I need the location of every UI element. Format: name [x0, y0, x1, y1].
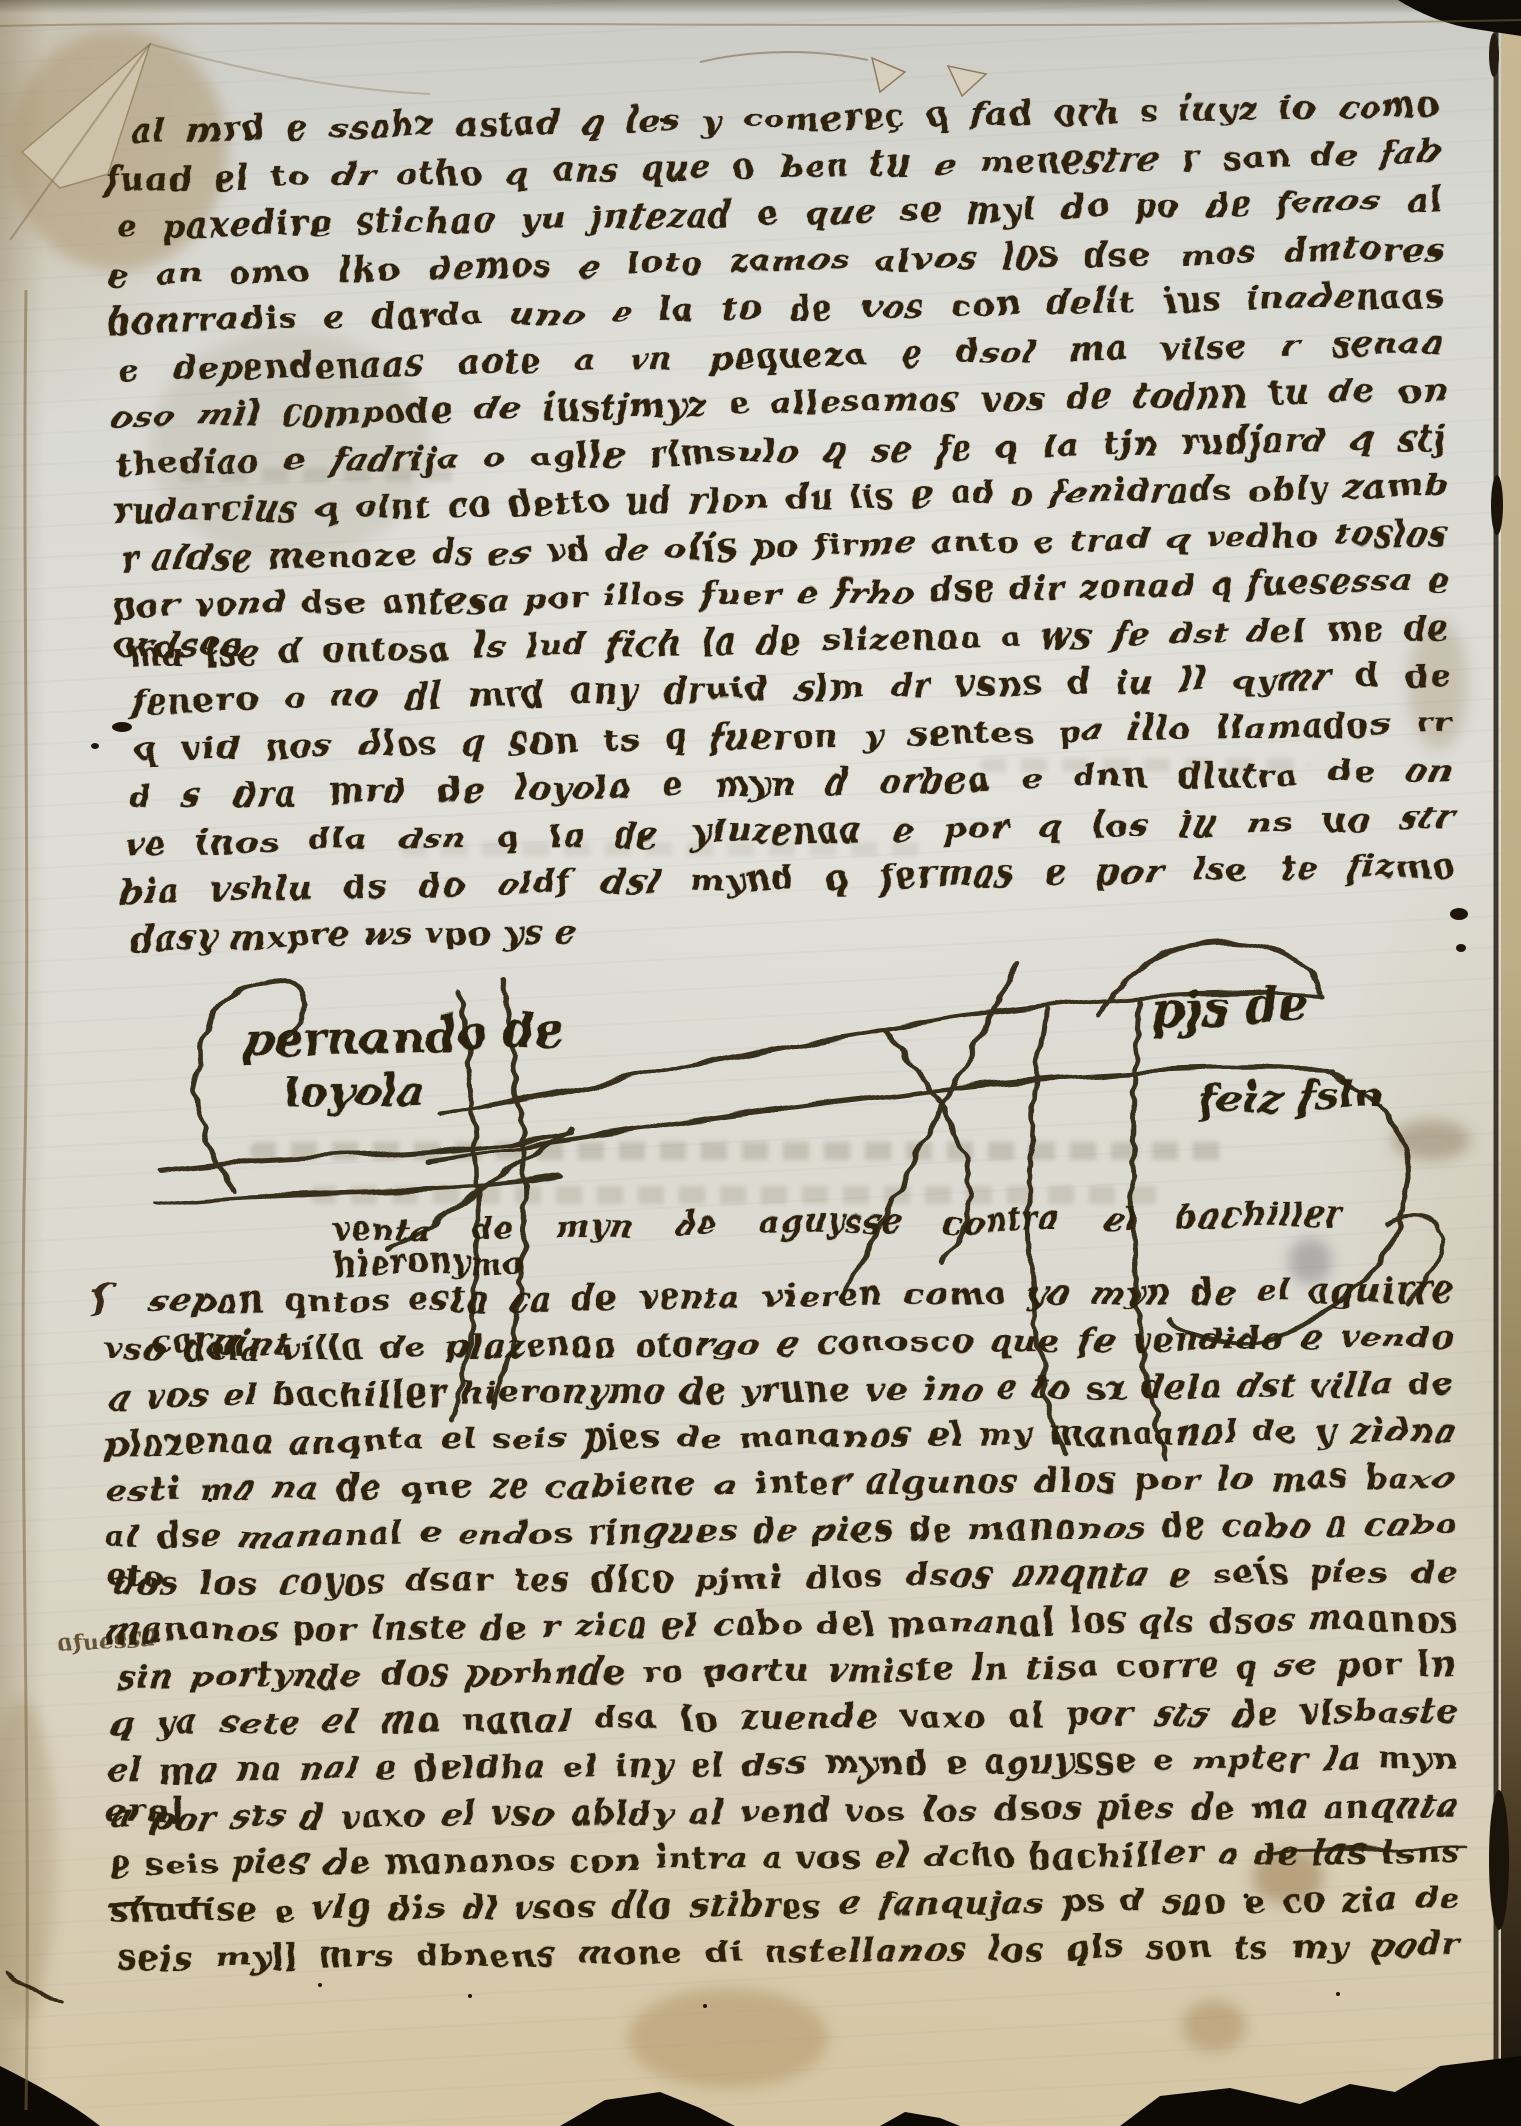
signature-left-name: pernando de — [241, 1002, 565, 1067]
section-heading: venta de myn de aguysse contra el bachil… — [332, 1198, 1343, 1282]
text-block-lower: sepan qntos esta ca de venta vieren como… — [102, 1270, 1461, 1985]
handwriting-layer: al mrd e ssahz astad q les y comereç q f… — [0, 0, 1521, 2126]
manuscript-scan: al mrd e ssahz astad q les y comereç q f… — [0, 0, 1521, 2126]
signature-left-surname: loyola — [284, 1067, 424, 1118]
signature-right-surname: feiz fsln — [1197, 1069, 1386, 1125]
signature-right-name: pjs de — [1149, 976, 1310, 1040]
text-block-upper: al mrd e ssahz astad q les y comereç q f… — [104, 85, 1457, 967]
